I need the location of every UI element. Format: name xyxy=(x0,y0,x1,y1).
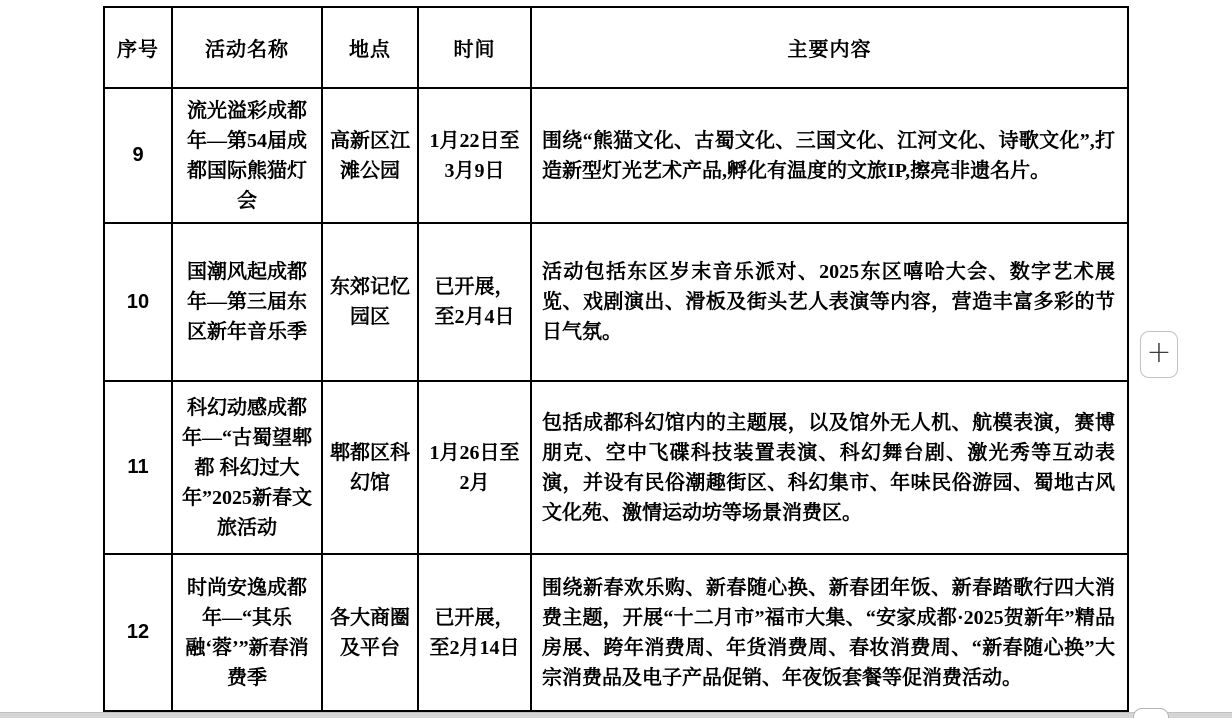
activities-table: 序号 活动名称 地点 时间 主要内容 9 流光溢彩成都年—第54届成都国际熊猫灯… xyxy=(103,6,1129,712)
row-activity-name: 国潮风起成都年—第三届东区新年音乐季 xyxy=(172,223,322,381)
row-main-content: 围绕“熊猫文化、古蜀文化、三国文化、江河文化、诗歌文化”,打造新型灯光艺术产品,… xyxy=(531,88,1128,223)
row-main-content: 包括成都科幻馆内的主题展，以及馆外无人机、航模表演，赛博朋克、空中飞碟科技装置表… xyxy=(531,381,1128,554)
row-location: 高新区江滩公园 xyxy=(322,88,418,223)
row-seq-no: 11 xyxy=(104,381,172,554)
row-main-content: 围绕新春欢乐购、新春随心换、新春团年饭、新春踏歌行四大消费主题，开展“十二月市”… xyxy=(531,554,1128,711)
row-seq-no: 9 xyxy=(104,88,172,223)
header-main-content: 主要内容 xyxy=(531,7,1128,88)
table-row: 9 流光溢彩成都年—第54届成都国际熊猫灯会 高新区江滩公园 1月22日至3月9… xyxy=(104,88,1128,223)
header-time: 时间 xyxy=(418,7,531,88)
row-activity-name: 流光溢彩成都年—第54届成都国际熊猫灯会 xyxy=(172,88,322,223)
row-activity-name: 时尚安逸成都年—“其乐融‘蓉’”新春消费季 xyxy=(172,554,322,711)
bottom-edge-bar xyxy=(0,712,1232,718)
add-button[interactable]: + xyxy=(1140,331,1178,378)
row-time: 1月22日至3月9日 xyxy=(418,88,531,223)
row-seq-no: 10 xyxy=(104,223,172,381)
row-location: 东郊记忆园区 xyxy=(322,223,418,381)
row-location: 各大商圈及平台 xyxy=(322,554,418,711)
table-row: 11 科幻动感成都年—“古蜀望郫都 科幻过大年”2025新春文旅活动 郫都区科幻… xyxy=(104,381,1128,554)
plus-icon: + xyxy=(1146,338,1171,368)
header-seq-no: 序号 xyxy=(104,7,172,88)
row-main-content: 活动包括东区岁末音乐派对、2025东区嘻哈大会、数字艺术展览、戏剧演出、滑板及街… xyxy=(531,223,1128,381)
header-location: 地点 xyxy=(322,7,418,88)
row-time: 1月26日至2月 xyxy=(418,381,531,554)
row-time: 已开展，至2月4日 xyxy=(418,223,531,381)
table-row: 10 国潮风起成都年—第三届东区新年音乐季 东郊记忆园区 已开展，至2月4日 活… xyxy=(104,223,1128,381)
header-activity-name: 活动名称 xyxy=(172,7,322,88)
partial-button[interactable] xyxy=(1133,708,1169,718)
table-header-row: 序号 活动名称 地点 时间 主要内容 xyxy=(104,7,1128,88)
row-activity-name: 科幻动感成都年—“古蜀望郫都 科幻过大年”2025新春文旅活动 xyxy=(172,381,322,554)
row-seq-no: 12 xyxy=(104,554,172,711)
table-row: 12 时尚安逸成都年—“其乐融‘蓉’”新春消费季 各大商圈及平台 已开展，至2月… xyxy=(104,554,1128,711)
row-location: 郫都区科幻馆 xyxy=(322,381,418,554)
row-time: 已开展，至2月14日 xyxy=(418,554,531,711)
